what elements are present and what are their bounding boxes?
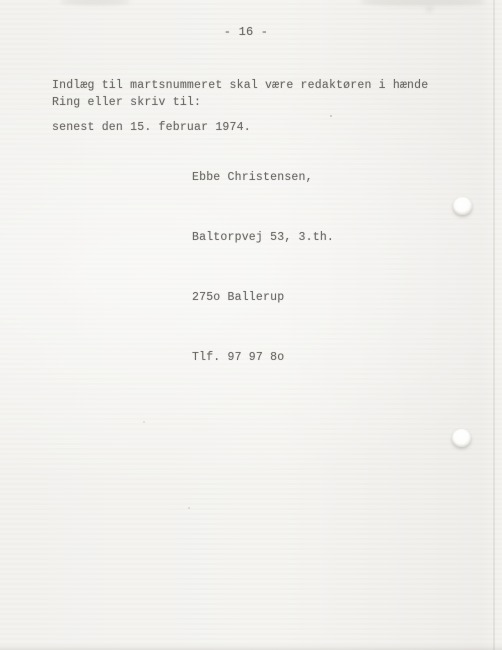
- scan-speck: [143, 421, 145, 423]
- paper-bottom-edge-shadow: [0, 644, 502, 650]
- scan-smudge: [360, 0, 485, 6]
- page-number: - 16 -: [0, 25, 492, 39]
- scanned-document-page: - 16 - Indlæg til martsnummeret skal vær…: [0, 0, 502, 650]
- contact-address-block: Ebbe Christensen, Baltorpvej 53, 3.th. 2…: [192, 128, 334, 408]
- scan-speck: [330, 115, 332, 117]
- paper-fold-line: [493, 0, 495, 650]
- contact-name: Ebbe Christensen,: [192, 168, 334, 188]
- scan-smudge: [426, 7, 433, 12]
- punch-hole-bottom: [452, 429, 471, 447]
- contact-city: 275o Ballerup: [192, 288, 334, 308]
- scan-smudge: [60, 0, 130, 5]
- deadline-notice-line-1: Indlæg til martsnummeret skal være redak…: [52, 79, 428, 93]
- contact-street: Baltorpvej 53, 3.th.: [192, 228, 334, 248]
- punch-hole-top: [453, 197, 472, 215]
- contact-phone: Tlf. 97 97 8o: [192, 348, 334, 368]
- scan-speck: [188, 507, 190, 509]
- contact-intro: Ring eller skriv til:: [52, 96, 201, 109]
